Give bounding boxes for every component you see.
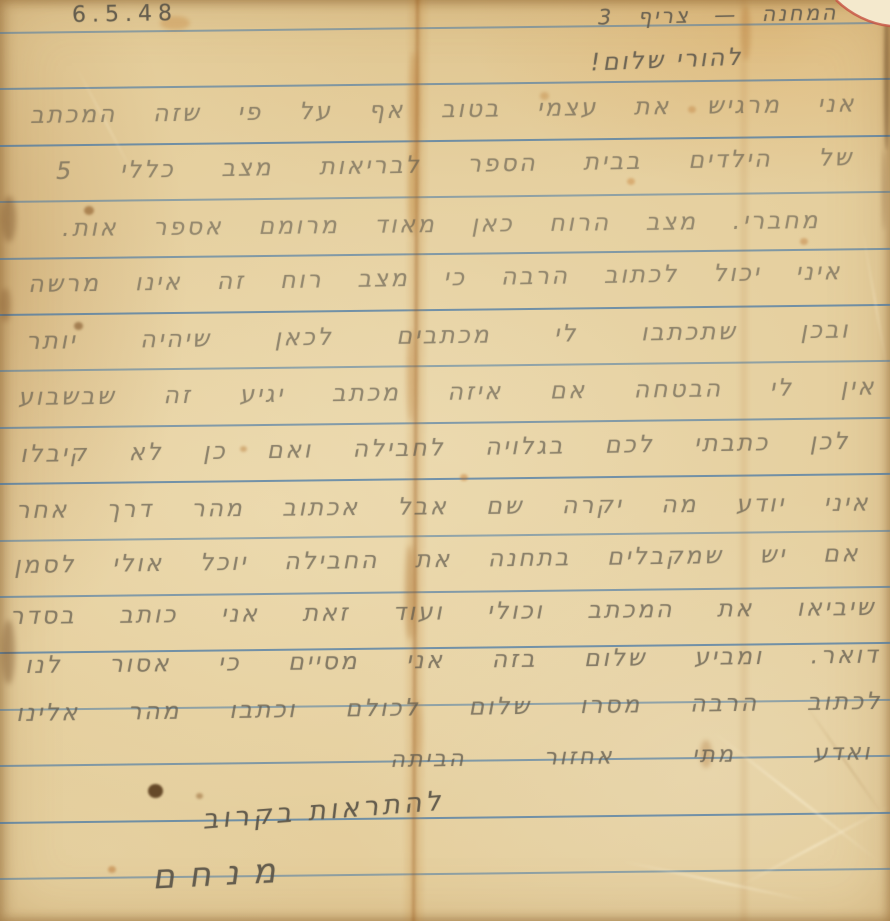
paper-stain (800, 238, 808, 245)
paper-stain (108, 866, 116, 873)
handwriting-line: אני מרגיש את עצמי בטוב אף על פי שזה המכת… (30, 89, 856, 129)
wrinkle-line (622, 860, 808, 901)
ruled-line (0, 473, 890, 485)
wrinkle-line (739, 805, 890, 887)
ruled-line (0, 360, 890, 372)
handwriting-line: של הילדים בבית הספר לבריאות מצב כללי 5 (56, 143, 854, 185)
letter-location-header: המחנה — צריף 3 (598, 0, 838, 29)
ruled-line (0, 78, 890, 90)
handwriting-line: אם יש שמקבלים בתחנה את החבילה יוכל אולי … (14, 539, 860, 579)
letter-page: 6.5.48 המחנה — צריף 3 להורי שלום! אני מר… (0, 0, 890, 921)
paper-stain (460, 474, 468, 481)
handwriting-line: דואר. ומביע שלום בזה אני מסיים כי אסור ל… (25, 641, 880, 679)
handwriting-line: מחברי. מצב הרוח כאן מאוד מרומם אספר אות. (62, 206, 820, 242)
ruled-line (0, 304, 890, 316)
ruled-line (0, 417, 890, 429)
paper-stain (196, 793, 203, 799)
handwriting-line: לכן כתבתי לכם בגלויה לחבילה ואם כן לא קי… (20, 427, 850, 468)
ruled-line (0, 247, 890, 259)
letter-date: 6.5.48 (72, 1, 178, 28)
handwriting-line: ובכן שתכתבו לי מכתבים לכאן שיהיה יותר (26, 315, 850, 355)
paper-stain (882, 150, 886, 230)
ruled-line (0, 191, 890, 203)
paper-stain (148, 784, 163, 798)
paper-stain (627, 178, 635, 185)
ruled-line (0, 529, 890, 541)
letter-signature: מנחם (151, 850, 290, 897)
handwriting-line: איני יכול לכתוב הרבה כי מצב רוח זה אינו … (28, 257, 842, 298)
letter-closing: להתראות בקרוב (132, 786, 445, 841)
secondary-fold-crease (738, 0, 750, 921)
handwriting-line: ואדע מתי אחזור הביתה (390, 739, 872, 773)
letter-salutation: להורי שלום! (567, 43, 744, 78)
paper-stain (2, 196, 16, 242)
paper-stain (0, 288, 11, 322)
handwriting-line: לכתוב הרבה מסרו שלום לכולם וכתבו מהר אלי… (16, 687, 882, 727)
